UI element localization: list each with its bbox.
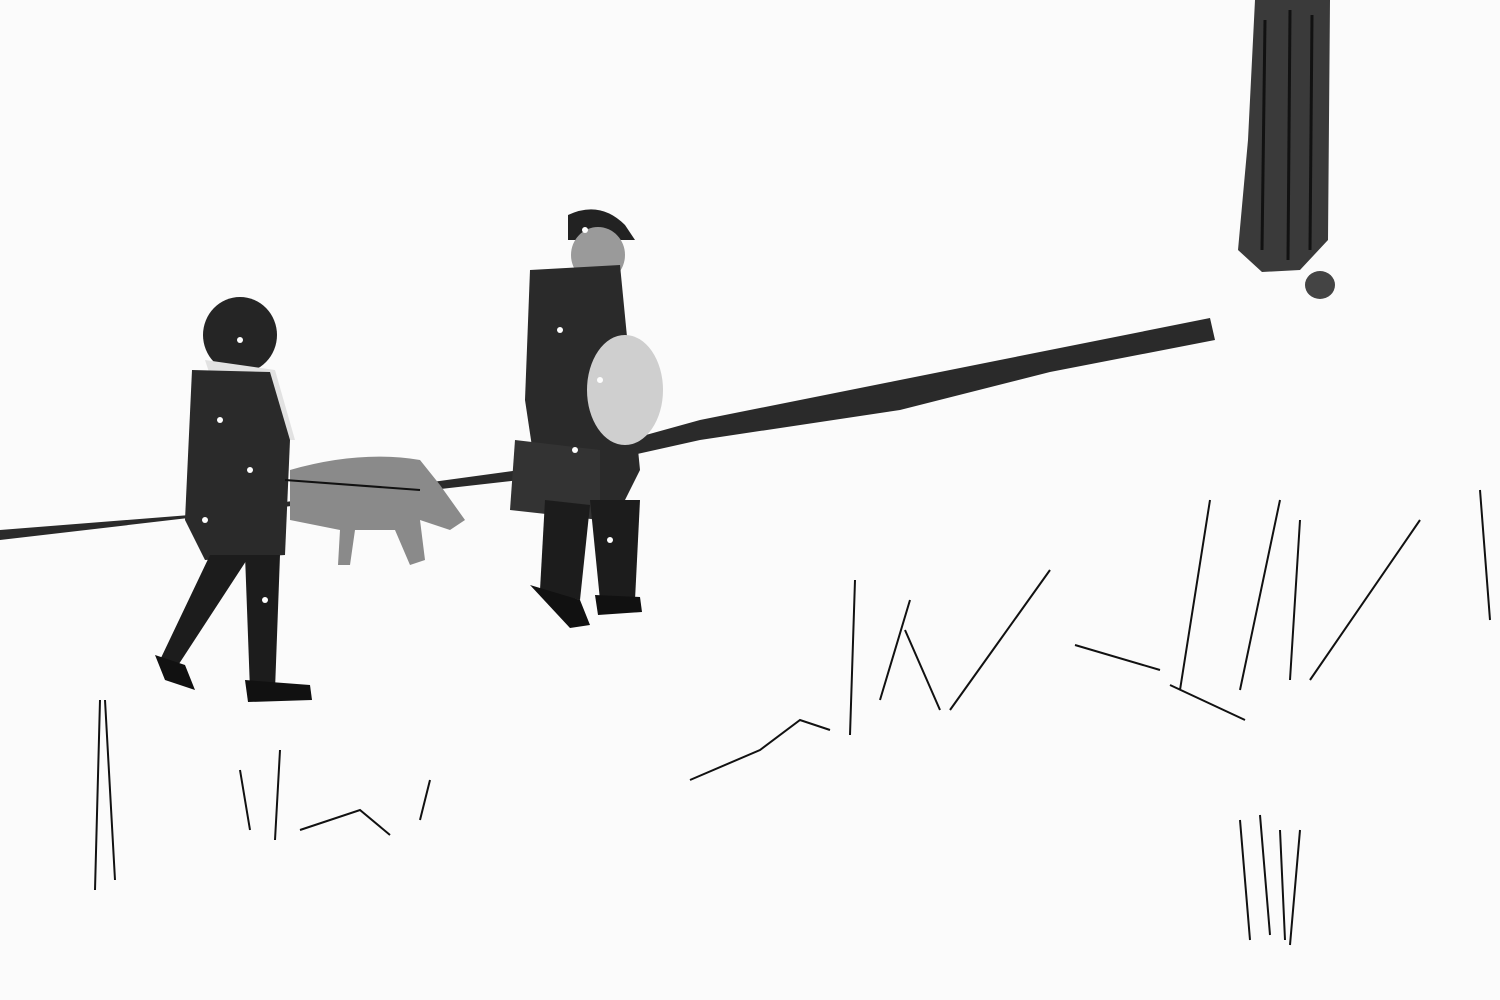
tree-stump <box>1305 271 1335 299</box>
photo-scene <box>0 0 1500 1000</box>
